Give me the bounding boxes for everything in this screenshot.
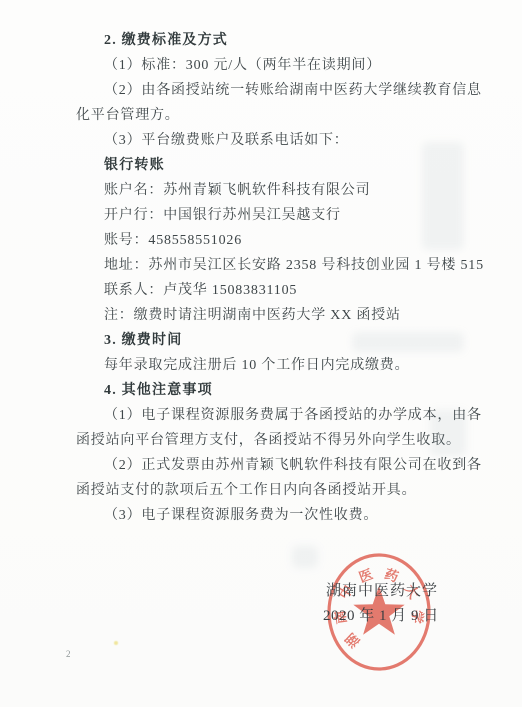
scan-smudge [292, 546, 318, 568]
scan-smudge [352, 332, 464, 352]
document-text-line: （2）由各函授站统一转账给湖南中医药大学继续教育信息 [76, 78, 476, 103]
scan-smudge [430, 410, 466, 456]
document-text-line: （1）电子课程资源服务费属于各函授站的办学成本，由各 [76, 403, 476, 428]
document-text-line: 联系人：卢茂华 15083831105 [76, 278, 476, 303]
document-text-line: 注：缴费时请注明湖南中医药大学 XX 函授站 [76, 303, 476, 328]
signature-organization: 湖南中医药大学 [326, 579, 438, 600]
document-text-line: 账号：458558551026 [76, 228, 476, 253]
document-text-line: 开户行：中国银行苏州吴江吴越支行 [76, 203, 476, 228]
document-heading-line: 2. 缴费标准及方式 [76, 28, 476, 53]
document-text-line: 函授站支付的款项后五个工作日内向各函授站开具。 [76, 478, 476, 503]
document-text-line: （3）平台缴费账户及联系电话如下： [76, 128, 476, 153]
document-text-line: 账户名：苏州青颖飞帆软件科技有限公司 [76, 178, 476, 203]
document-text-line: 函授站向平台管理方支付，各函授站不得另外向学生收取。 [76, 428, 476, 453]
document-text-line: 每年录取完成注册后 10 个工作日内完成缴费。 [76, 353, 476, 378]
document-text-line: （2）正式发票由苏州青颖飞帆软件科技有限公司在收到各 [76, 453, 476, 478]
document-heading-line: 银行转账 [76, 153, 476, 178]
scanned-document-page: 2. 缴费标准及方式（1）标准：300 元/人（两年半在读期间）（2）由各函授站… [0, 0, 522, 707]
scan-speck [114, 641, 118, 645]
document-text-line: 地址：苏州市吴江区长安路 2358 号科技创业园 1 号楼 515 [76, 253, 476, 278]
page-number: 2 [66, 649, 71, 659]
seal-arc-character: 湖 [342, 630, 363, 651]
document-text-line: （3）电子课程资源服务费为一次性收费。 [76, 503, 476, 528]
document-heading-line: 4. 其他注意事项 [76, 378, 476, 403]
signature-date: 2020 年 1 月 9 日 [323, 604, 439, 625]
document-text-line: （1）标准：300 元/人（两年半在读期间） [76, 53, 476, 78]
scan-smudge [422, 142, 464, 250]
document-body: 2. 缴费标准及方式（1）标准：300 元/人（两年半在读期间）（2）由各函授站… [76, 28, 476, 528]
document-text-line: 化平台管理方。 [76, 103, 476, 128]
